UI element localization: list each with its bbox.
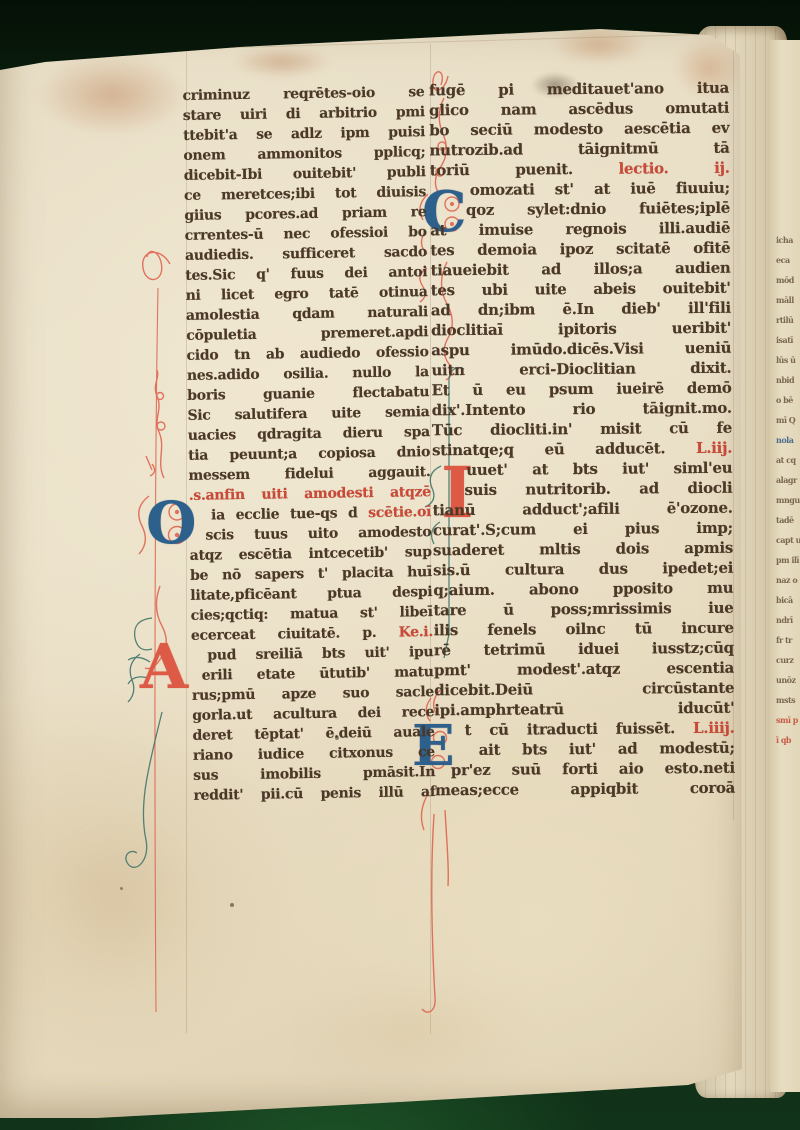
fore-edge-fragment: smī p — [776, 710, 800, 730]
left-column: criminuz reqrētes-oio sestare uiri di ar… — [182, 82, 435, 806]
text-line: dix'.Intento rio tāignit.mo. — [432, 398, 732, 421]
rubric-segment: .s.anfin uiti amodesti atqzē — [189, 484, 431, 504]
ink-segment: ipi.amphrteatrū iducūt' — [434, 699, 734, 720]
ink-segment: gorla.ut acultura dei rece — [192, 704, 434, 724]
ink-segment: ia ecclie tue-qs d — [211, 505, 368, 523]
fore-edge-fragment: naz o — [776, 570, 800, 590]
ink-segment: q;aium. abono pposito mu — [433, 579, 733, 600]
ink-segment: ce meretces;ibi tot diuisis — [184, 184, 426, 204]
e-tail-short — [421, 792, 448, 886]
fore-edge-fragment: mōd — [776, 270, 800, 290]
ink-segment: tiaueiebit ad illos;a audien — [430, 259, 730, 280]
parchment-stain — [233, 46, 331, 78]
ink-segment: ni licet egro tatē otinua — [186, 284, 428, 304]
text-line: nutrozib.ad tāignitmū tā — [429, 138, 729, 161]
ink-segment: ilis fenels oilnc tū incure — [434, 619, 734, 640]
ink-segment: scis tuus uito amodesto — [205, 524, 431, 544]
text-line: tes demoia ipoz scitatē ofitē — [430, 238, 730, 261]
ink-segment: onem ammonitos pplicq; — [183, 144, 425, 164]
ink-segment: giius pcores.ad priam re — [184, 204, 426, 224]
ink-segment: suaderet mltis dois apmis — [433, 539, 733, 560]
text-line: ilis fenels oilnc tū incure — [434, 618, 734, 641]
text-line: pr'ez suū forti aio esto.neti — [435, 758, 735, 781]
text-line: suis nutritorib. ad diocli — [432, 478, 732, 501]
parchment-stain — [551, 26, 647, 64]
text-line: bo seciū modesto aescētia ev — [429, 118, 729, 141]
text-line: reddit' pii.cū penis illū af — [193, 782, 435, 806]
ink-segment: aspu imūdo.dicēs.Visi ueniū — [431, 339, 731, 360]
text-line: suaderet mltis dois apmis — [433, 538, 733, 561]
text-line: Et ū eu psum iueirē demō — [431, 378, 731, 401]
next-page-sliver: ichaecamōdmāllrtilūisatīlūs ūnbido bēmī … — [770, 40, 800, 1092]
ink-segment: dix'.Intento rio tāignit.mo. — [432, 399, 732, 420]
text-line: curat'.S;cum ei pius imp; — [433, 518, 733, 541]
text-line: ait bts iut' ad modestū; — [435, 738, 735, 761]
ink-segment: cōpuletia premeret.apdi — [186, 324, 428, 344]
text-line: omozati st' at iuē fiuuiu; — [430, 178, 730, 201]
fore-edge-fragment: capt u — [776, 530, 800, 550]
text-line: tianū adduct';afili ē'ozone. — [433, 498, 733, 521]
fore-edge-fragment: nbid — [776, 370, 800, 390]
text-line: ipi.amphrteatrū iducūt' — [434, 698, 734, 721]
ink-segment: reddit' pii.cū penis illū af — [193, 784, 435, 804]
ink-segment: dioclitiaī ipitoris ueribit' — [431, 319, 731, 340]
fore-edge-fragment: lūs ū — [776, 350, 800, 370]
e-tail-long — [422, 814, 435, 1012]
ink-segment: ecerceat ciuitatē. p. — [191, 625, 399, 644]
text-line: q;aium. abono pposito mu — [433, 578, 733, 601]
text-line: aspu imūdo.dicēs.Visi ueniū — [431, 338, 731, 361]
ink-segment: qoz sylet:dnio fuiētes;iplē — [466, 199, 730, 219]
text-line: t cū itraducti fuissēt. L.iiij. — [434, 718, 734, 741]
ink-segment: audiedis. sufficeret sacdo — [185, 244, 427, 264]
fore-edge-fragment: mī Q — [776, 410, 800, 430]
ink-segment: tia peuunt;a copiosa dnio — [188, 444, 430, 464]
text-line: glico nam ascēdus omutati — [429, 98, 729, 121]
ink-segment: riano iudice citxonus ce — [193, 744, 435, 764]
text-line: ad dn;ibm ē.In dieb' ill'fili — [431, 298, 731, 321]
ink-segment: at imuise regnois illi.audiē — [430, 219, 730, 240]
fore-edge-fragment: o bē — [776, 390, 800, 410]
text-line: fugē pi meditauet'ano itua — [429, 78, 729, 101]
ink-segment: stare uiri di arbitrio pmi — [183, 104, 425, 124]
fore-edge-fragment: tadē — [776, 510, 800, 530]
ink-segment: sus imobilis pmāsit.In — [193, 764, 435, 784]
ink-segment: bo seciū modesto aescētia ev — [429, 119, 729, 140]
fore-edge-fragment: msts — [776, 690, 800, 710]
fore-edge-fragment: icha — [776, 230, 800, 250]
ink-segment: tianū adduct';afili ē'ozone. — [433, 499, 733, 520]
ink-segment: uacies qdragita dieru spa — [188, 424, 430, 444]
text-line: dioclitiaī ipitoris ueribit' — [431, 318, 731, 341]
ink-segment: Et ū eu psum iueirē demō — [431, 379, 731, 400]
ink-segment: ait bts iut' ad modestū; — [479, 739, 735, 759]
ink-segment: pud sreiliā bts uit' ipu — [207, 644, 433, 664]
text-line: rē tetrimū iduei iusstz;cūq — [434, 638, 734, 661]
ink-segment: atqz escētia intcecetib' sup — [190, 544, 432, 564]
fore-edge-fragment: eca — [776, 250, 800, 270]
ink-segment: suis nutritorib. ad diocli — [464, 479, 732, 499]
ink-segment: stinatqe;q eū adducēt. — [432, 439, 696, 459]
text-line: at imuise regnois illi.audiē — [430, 218, 730, 241]
ink-segment: omozati st' at iuē fiuuiu; — [470, 179, 730, 199]
fore-edge-fragment: māll — [776, 290, 800, 310]
ink-segment: Sic salutifera uite semia — [187, 404, 429, 424]
text-line: tiaueiebit ad illos;a audien — [430, 258, 730, 281]
ink-segment: deret tēptat' ē.deiū auale — [192, 724, 434, 744]
ink-segment: rē tetrimū iduei iusstz;cūq — [434, 639, 734, 660]
ink-segment: messem fidelui aggauit. — [188, 464, 430, 484]
ink-segment: pr'ez suū forti aio esto.neti — [451, 759, 735, 779]
parchment-page: O A C I E criminuz reqrētes-oio sestare … — [0, 26, 745, 1118]
fore-edge-fragment: unōz — [776, 670, 800, 690]
fore-edge-fragment: alagr — [776, 470, 800, 490]
fore-edge-fragment: isatī — [776, 330, 800, 350]
fore-edge-fragment: ndrī — [776, 610, 800, 630]
ink-segment: dicebit-Ibi ouitebit' publi — [184, 164, 426, 184]
ink-segment: uitn erci-Dioclitian dixit. — [431, 359, 731, 380]
text-line: tare ū poss;mrissimis iue — [433, 598, 733, 621]
ink-segment: tare ū poss;mrissimis iue — [433, 599, 733, 620]
ink-segment: nutrozib.ad tāignitmū tā — [429, 139, 729, 160]
ink-segment: sis.ū cultura dus ipedet;ei — [433, 559, 733, 580]
fore-edge-fragment: curz — [776, 650, 800, 670]
rubric-segment: scētie.oī — [368, 504, 431, 521]
fore-edge-fragment: fr tr — [776, 630, 800, 650]
text-line: toriū puenit. lectio. ij. — [430, 158, 730, 181]
ink-segment: cies;qctiq: matua st' libeī — [191, 604, 433, 624]
initial-a: A — [140, 636, 188, 698]
fore-edge-fragment: nola — [776, 430, 800, 450]
ink-segment: litate,pficēant ptua despi — [190, 584, 432, 604]
text-line: meas;ecce appiqbit coroā — [435, 778, 735, 801]
text-line: pmt' modest'.atqz escentia — [434, 658, 734, 681]
ink-segment: boris guanie flectabatu — [187, 384, 429, 404]
parchment-stain — [290, 976, 530, 1086]
ink-segment: meas;ecce appiqbit coroā — [435, 779, 735, 800]
ink-segment: tes ubi uite abeis ouitebit' — [431, 279, 731, 300]
ink-segment: dicebit.Deiū circūstante — [434, 679, 734, 700]
o-chain-above — [155, 370, 164, 478]
ink-segment: curat'.S;cum ei pius imp; — [433, 519, 733, 540]
ink-segment: crrentes-ū nec ofessioi bo — [185, 224, 427, 244]
fore-edge-fragment: pm ilī — [776, 550, 800, 570]
ink-segment: ad dn;ibm ē.In dieb' ill'fili — [431, 299, 731, 320]
left-margin-curl — [143, 251, 170, 279]
ink-segment: nes.adido osilia. nullo la — [187, 364, 429, 384]
ink-segment: tes demoia ipoz scitatē ofitē — [430, 239, 730, 260]
ink-segment: pmt' modest'.atqz escentia — [434, 659, 734, 680]
text-line: qoz sylet:dnio fuiētes;iplē — [430, 198, 730, 221]
parchment-stain — [55, 826, 185, 976]
ink-segment: rus;pmū apze suo sacle — [192, 684, 434, 704]
ink-segment: cido tn ab audiedo ofessio — [186, 344, 428, 364]
text-line: dicebit.Deiū circūstante — [434, 678, 734, 701]
ink-segment: amolestia qdam naturali — [186, 304, 428, 324]
rubric-segment: Ke.i. — [399, 624, 434, 641]
ink-segment: glico nam ascēdus omutati — [429, 99, 729, 120]
text-line: sis.ū cultura dus ipedet;ei — [433, 558, 733, 581]
text-line: uuet' at bts iut' siml'eu — [432, 458, 732, 481]
speck — [120, 887, 123, 890]
rubric-segment: L.iiij. — [693, 719, 735, 737]
text-line: stinatqe;q eū adducēt. L.iij. — [432, 438, 732, 461]
ink-segment: tes.Sic q' fuus dei antoi — [185, 264, 427, 284]
ink-segment: be nō sapers t' placita huī — [190, 564, 432, 584]
ink-segment: Tūc diocliti.in' misit cū fe — [432, 419, 732, 440]
text-line: Tūc diocliti.in' misit cū fe — [432, 418, 732, 441]
rubric-margin-mark — [146, 456, 155, 476]
ink-segment: ttebit'a se adlz ipm puisi — [183, 124, 425, 144]
a-tail — [126, 712, 162, 867]
ink-segment: t cū itraducti fuissēt. — [464, 719, 693, 739]
parchment-stain — [36, 54, 188, 136]
rubric-segment: L.iij. — [696, 439, 732, 457]
fore-edge-fragment: rtilū — [776, 310, 800, 330]
ink-segment: uuet' at bts iut' siml'eu — [466, 459, 732, 479]
ink-segment: toriū puenit. — [430, 160, 619, 180]
ink-segment: fugē pi meditauet'ano itua — [429, 79, 729, 100]
fore-edge-fragment: ī qb — [776, 730, 800, 750]
right-column: fugē pi meditauet'ano ituaglico nam ascē… — [429, 78, 735, 801]
rubric-segment: lectio. ij. — [619, 159, 730, 178]
fore-edge-fragment: at cq — [776, 450, 800, 470]
fore-edge-fragment: mngu — [776, 490, 800, 510]
ink-segment: criminuz reqrētes-oio se — [182, 84, 424, 104]
text-line: uitn erci-Dioclitian dixit. — [431, 358, 731, 381]
ink-segment: erili etate ūtutib' matu — [202, 664, 434, 684]
manuscript-photo: ichaecamōdmāllrtilūisatīlūs ūnbido bēmī … — [0, 0, 800, 1130]
fore-edge-fragment: bicā — [776, 590, 800, 610]
next-page-text-fragments: ichaecamōdmāllrtilūisatīlūs ūnbido bēmī … — [776, 230, 800, 750]
ruling-line-top — [55, 33, 742, 53]
text-line: tes ubi uite abeis ouitebit' — [431, 278, 731, 301]
speck — [230, 903, 234, 907]
